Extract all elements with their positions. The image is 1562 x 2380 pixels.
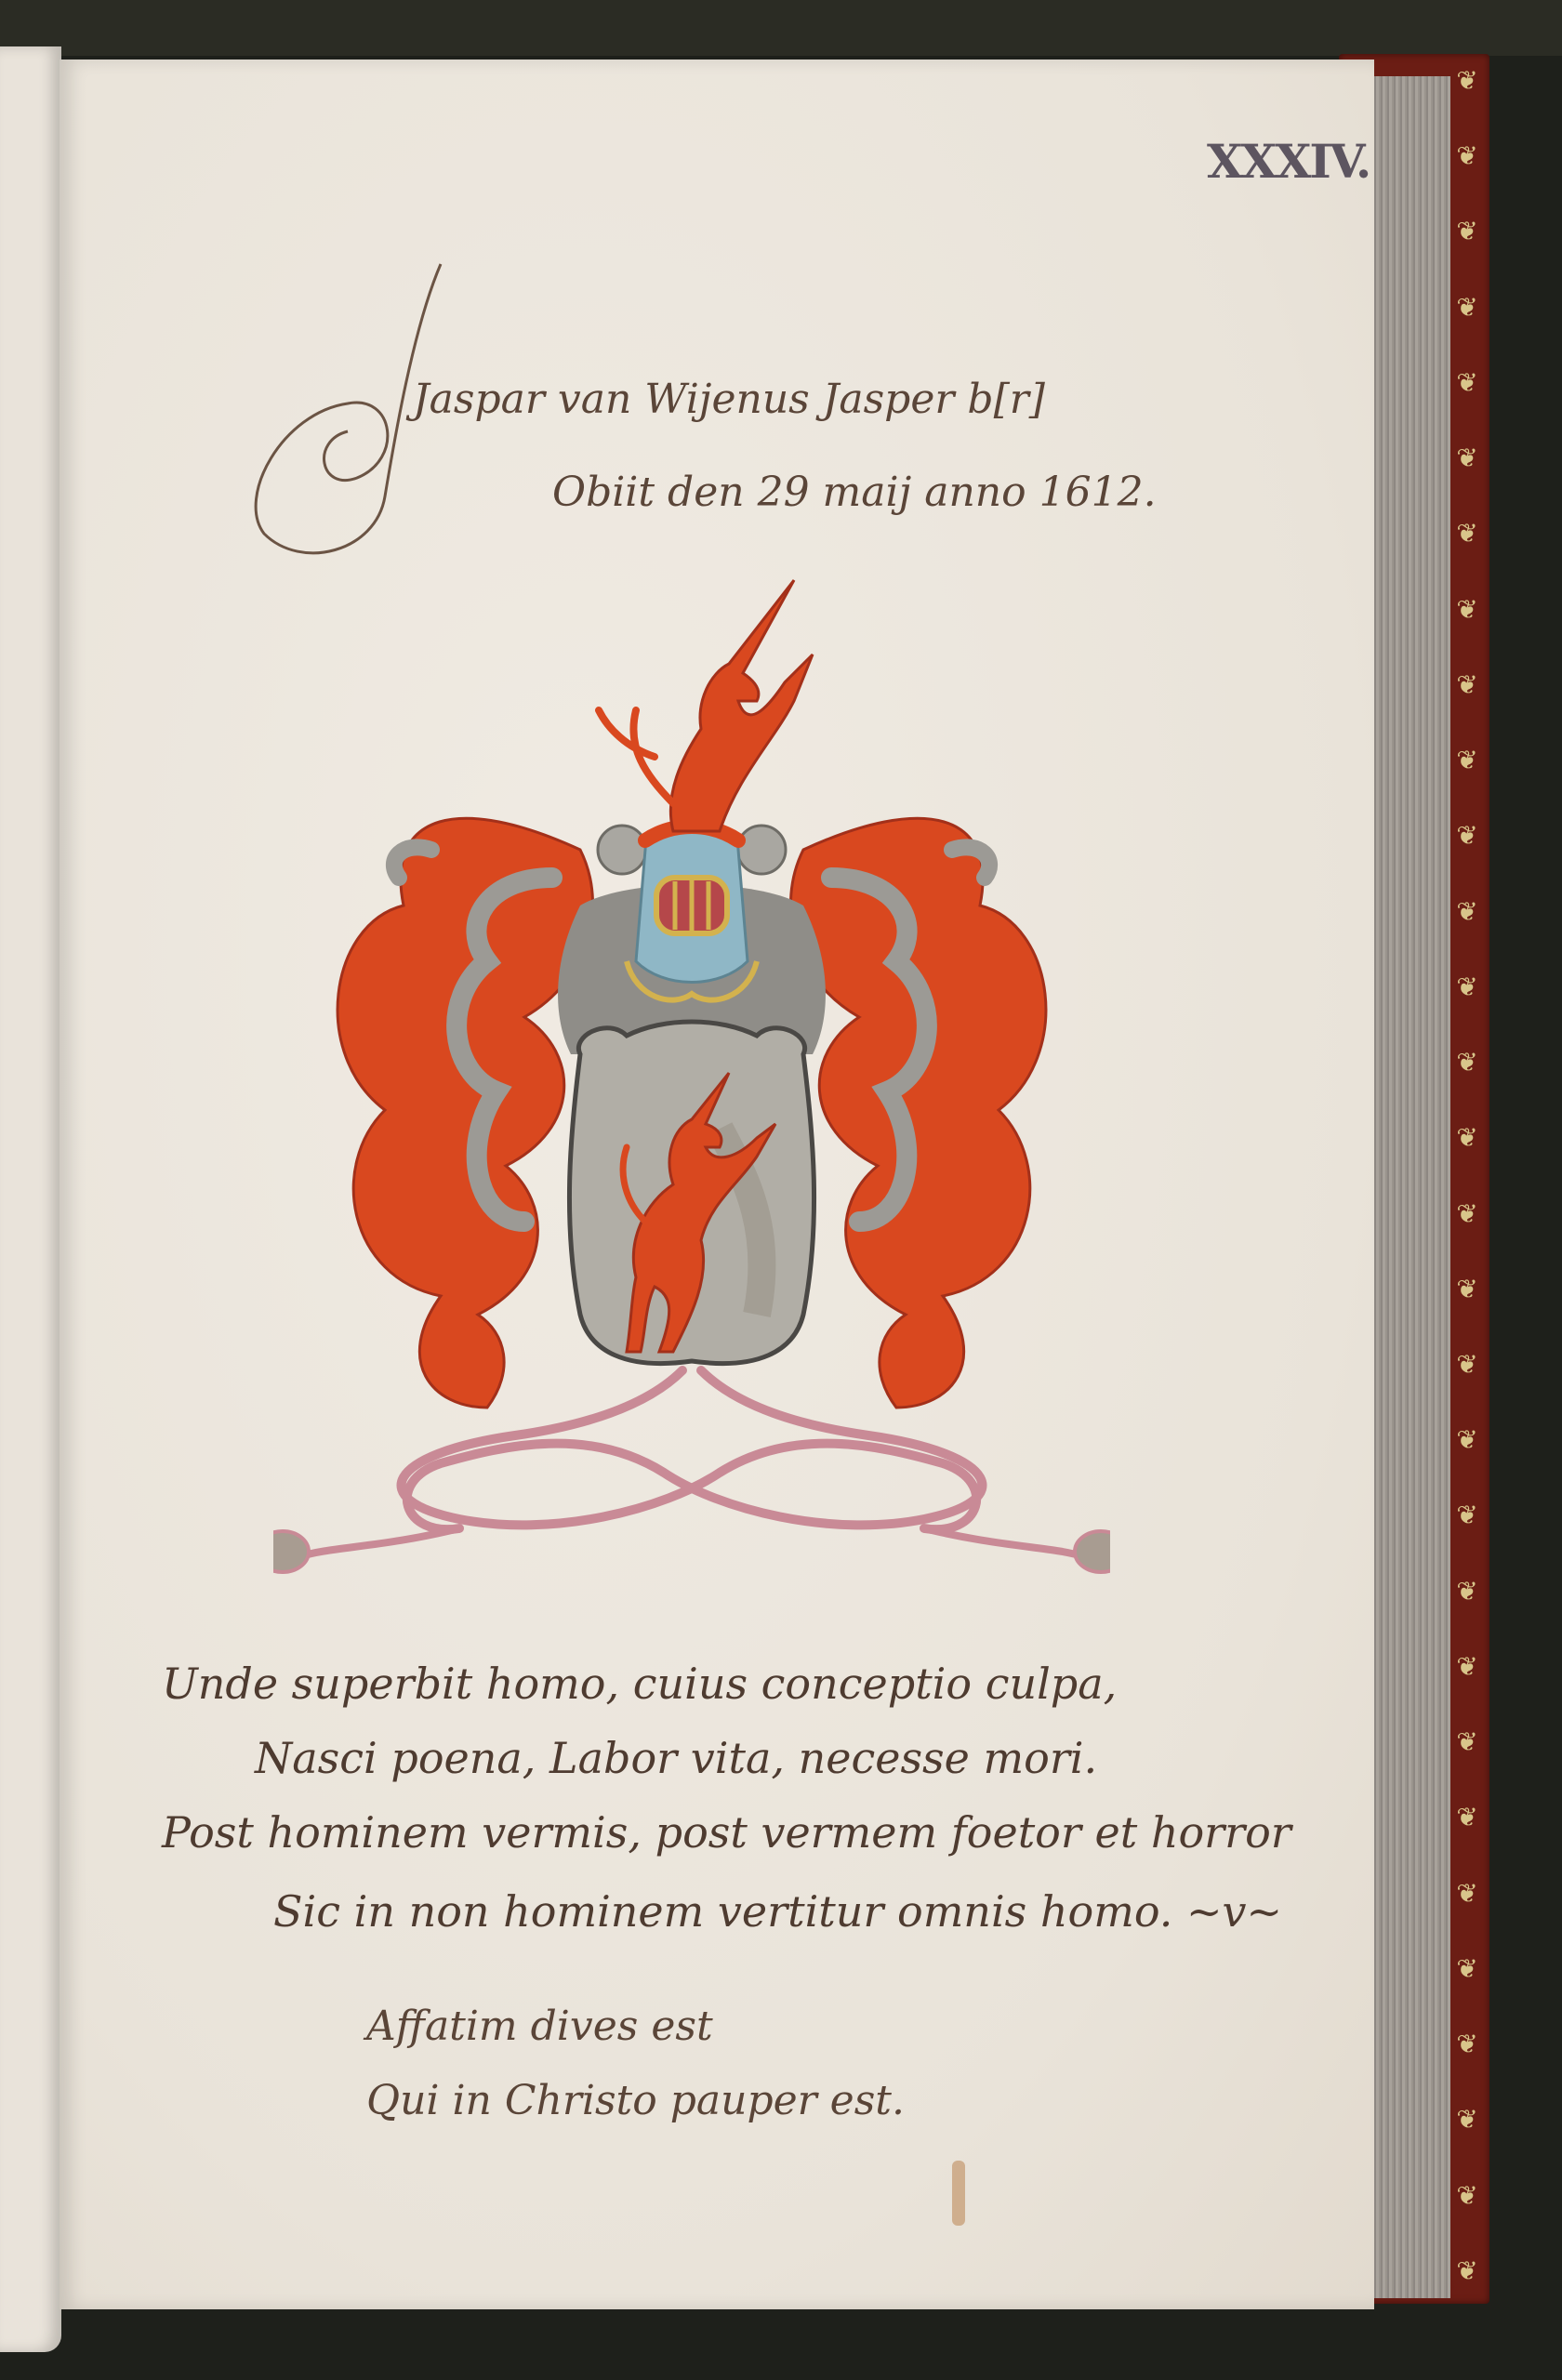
folio-number: XXXIV. bbox=[1207, 134, 1370, 189]
gilt-ornament-icon: ❦ bbox=[1454, 1726, 1480, 1758]
gilt-ornament-icon: ❦ bbox=[1454, 1349, 1480, 1381]
gilt-ornament-icon: ❦ bbox=[1454, 1122, 1480, 1154]
gilt-ornament-icon: ❦ bbox=[1454, 669, 1480, 701]
gilt-border: ❦ ❦ ❦ ❦ ❦ ❦ ❦ ❦ ❦ ❦ ❦ ❦ ❦ ❦ ❦ ❦ ❦ ❦ ❦ ❦ … bbox=[1450, 65, 1484, 2287]
gilt-ornament-icon: ❦ bbox=[1454, 65, 1480, 97]
coat-of-arms-icon bbox=[273, 571, 1110, 1640]
gilt-ornament-icon: ❦ bbox=[1454, 367, 1480, 399]
gilt-ornament-icon: ❦ bbox=[1454, 518, 1480, 549]
gilt-ornament-icon: ❦ bbox=[1454, 1047, 1480, 1078]
verse-line-3: Post hominem vermis, post vermem foetor … bbox=[162, 1807, 1291, 1858]
top-dark-strip bbox=[0, 0, 1562, 56]
gilt-ornament-icon: ❦ bbox=[1454, 2180, 1480, 2212]
gilt-ornament-icon: ❦ bbox=[1454, 2104, 1480, 2135]
gilt-ornament-icon: ❦ bbox=[1454, 1198, 1480, 1230]
gilt-ornament-icon: ❦ bbox=[1454, 896, 1480, 928]
gilt-ornament-icon: ❦ bbox=[1454, 216, 1480, 247]
motto-line-1: Affatim dives est bbox=[366, 2003, 713, 2050]
heading-line-1: Jaspar van Wijenus Jasper b[r] bbox=[413, 376, 1045, 423]
gilt-ornament-icon: ❦ bbox=[1454, 1274, 1480, 1305]
left-page-edge bbox=[0, 46, 61, 2352]
gilt-ornament-icon: ❦ bbox=[1454, 292, 1480, 324]
heading-line-2: Obiit den 29 maij anno 1612. bbox=[552, 469, 1157, 516]
gilt-ornament-icon: ❦ bbox=[1454, 2255, 1480, 2287]
gilt-ornament-icon: ❦ bbox=[1454, 594, 1480, 626]
manuscript-page: XXXIV. Jaspar van Wijenus Jasper b[r] Ob… bbox=[60, 59, 1374, 2309]
gilt-ornament-icon: ❦ bbox=[1454, 1576, 1480, 1607]
gilt-ornament-icon: ❦ bbox=[1454, 443, 1480, 474]
motto-line-2: Qui in Christo pauper est. bbox=[366, 2077, 905, 2124]
gilt-ornament-icon: ❦ bbox=[1454, 1878, 1480, 1910]
gilt-ornament-icon: ❦ bbox=[1454, 745, 1480, 776]
gilt-ornament-icon: ❦ bbox=[1454, 972, 1480, 1003]
gilt-ornament-icon: ❦ bbox=[1454, 140, 1480, 172]
gilt-ornament-icon: ❦ bbox=[1454, 1802, 1480, 1833]
page-block-edges bbox=[1371, 76, 1450, 2298]
gilt-ornament-icon: ❦ bbox=[1454, 1651, 1480, 1683]
gilt-ornament-icon: ❦ bbox=[1454, 1500, 1480, 1531]
gilt-ornament-icon: ❦ bbox=[1454, 2029, 1480, 2060]
gilt-ornament-icon: ❦ bbox=[1454, 820, 1480, 852]
verse-line-4: Sic in non hominem vertitur omnis homo. … bbox=[273, 1886, 1282, 1937]
verse-line-1: Unde superbit homo, cuius conceptio culp… bbox=[162, 1659, 1117, 1709]
verse-line-2: Nasci poena, Labor vita, necesse mori. bbox=[255, 1733, 1097, 1783]
gilt-ornament-icon: ❦ bbox=[1454, 1953, 1480, 1985]
ink-stain bbox=[952, 2161, 965, 2226]
gilt-ornament-icon: ❦ bbox=[1454, 1424, 1480, 1456]
